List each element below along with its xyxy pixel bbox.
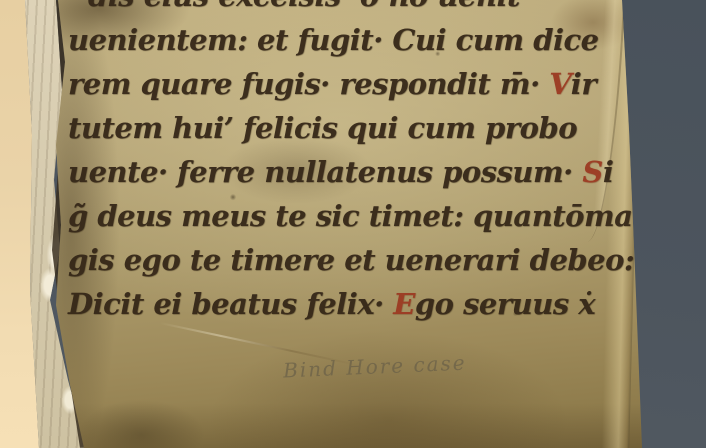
manuscript-line-2: uenientem: et fugit· Cui cum dice [68,23,588,57]
manuscript-line-7: gis ego te timere et uenerari debeo: [68,243,531,277]
text-segment: gis ego te timere et uenerari debeo: [68,243,634,277]
text-segment: ir [571,67,596,101]
text-segment: uenientem: et fugit· Cui cum dice [68,23,599,57]
text-segment: Dicit ei beatus felix· [68,287,393,321]
text-segment: go seruus ẋ [415,287,595,321]
manuscript-photo: dis eius excelsis· o no uenit uenientem:… [0,0,706,448]
rubric-initial: E [393,287,415,321]
text-segment: tutem hui’ felicis qui cum probo [68,111,577,145]
manuscript-line-4: tutem hui’ felicis qui cum probo [68,111,524,145]
rubric-initial: V [549,67,571,101]
text-segment: dis eius excelsis· o no uenit [88,0,520,13]
manuscript-line-6: g̃ deus meus te sic timet: quantōma [68,199,554,233]
manuscript-line-1: dis eius excelsis· o no uenit [88,0,468,13]
manuscript-line-8: Dicit ei beatus felix· Ego seruus ẋ [68,287,503,321]
manuscript-line-3: rem quare fugis· respondit m̄· Vir [68,67,594,101]
text-segment: uente· ferre nullatenus possum· [68,155,582,189]
text-segment: rem quare fugis· respondit m̄· [68,67,549,101]
text-segment: g̃ deus meus te sic timet: quantōma [68,199,633,233]
manuscript-line-5: uente· ferre nullatenus possum· Si [68,155,520,189]
rubric-initial: S [582,155,602,189]
text-segment: i [603,155,614,189]
